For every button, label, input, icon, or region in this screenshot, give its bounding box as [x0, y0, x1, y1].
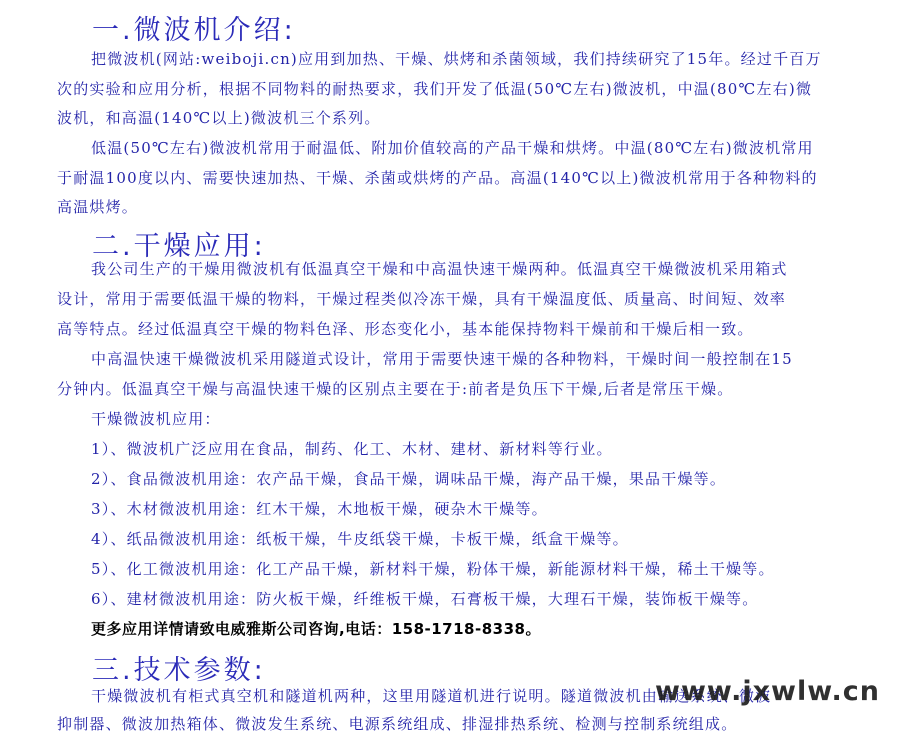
list-title: 干燥微波机应用： [91, 409, 221, 429]
section-heading-intro: 一.微波机介绍: [92, 8, 296, 47]
paragraph-line: 抑制器、微波加热箱体、微波发生系统、电源系统组成、排湿排热系统、检测与控制系统组… [57, 714, 737, 734]
paragraph-line: 高等特点。经过低温真空干燥的物料色泽、形态变化小，基本能保持物料干燥前和干燥后相… [57, 319, 754, 339]
list-item: 6）、建材微波机用途：防火板干燥，纤维板干燥，石膏板干燥，大理石干燥，装饰板干燥… [91, 589, 758, 609]
paragraph-line: 次的实验和应用分析，根据不同物料的耐热要求，我们开发了低温(50℃左右)微波机，… [57, 79, 812, 99]
list-item: 3）、木材微波机用途：红木干燥，木地板干燥，硬杂木干燥等。 [91, 499, 548, 519]
list-item: 5）、化工微波机用途：化工产品干燥，新材料干燥，粉体干燥，新能源材料干燥，稀土干… [91, 559, 775, 579]
list-item: 4）、纸品微波机用途：纸板干燥，牛皮纸袋干燥，卡板干燥，纸盒干燥等。 [91, 529, 629, 549]
paragraph-line: 分钟内。低温真空干燥与高温快速干燥的区别点主要在于:前者是负压下干燥,后者是常压… [57, 379, 733, 399]
paragraph-line: 中高温快速干燥微波机采用隧道式设计，常用于需要快速干燥的各种物料，干燥时间一般控… [91, 349, 793, 369]
paragraph-line: 低温(50℃左右)微波机常用于耐温低、附加价值较高的产品干燥和烘烤。中温(80℃… [91, 138, 814, 158]
paragraph-line: 设计，常用于需要低温干燥的物料，干燥过程类似冷冻干燥，具有干燥温度低、质量高、时… [57, 289, 786, 309]
document-page: 一.微波机介绍: 把微波机(网站:weiboji.cn)应用到加热、干燥、烘烤和… [0, 0, 900, 735]
list-item: 2）、食品微波机用途：农产品干燥，食品干燥，调味品干燥，海产品干燥，果品干燥等。 [91, 469, 726, 489]
section-heading-tech: 三.技术参数: [92, 648, 266, 687]
section-heading-drying: 二.干燥应用: [92, 224, 266, 263]
contact-line: 更多应用详情请致电威雅斯公司咨询,电话：158-1718-8338。 [91, 619, 541, 639]
paragraph-line: 波机，和高温(140℃以上)微波机三个系列。 [57, 108, 381, 128]
watermark: www.jxwlw.cn [655, 676, 880, 707]
list-item: 1）、微波机广泛应用在食品，制药、化工、木材、建材、新材料等行业。 [91, 439, 613, 459]
paragraph-line: 我公司生产的干燥用微波机有低温真空干燥和中高温快速干燥两种。低温真空干燥微波机采… [91, 259, 788, 279]
paragraph-line: 把微波机(网站:weiboji.cn)应用到加热、干燥、烘烤和杀菌领域，我们持续… [91, 49, 822, 69]
paragraph-line: 高温烘烤。 [57, 197, 138, 217]
paragraph-line: 于耐温100度以内、需要快速加热、干燥、杀菌或烘烤的产品。高温(140℃以上)微… [57, 168, 818, 188]
